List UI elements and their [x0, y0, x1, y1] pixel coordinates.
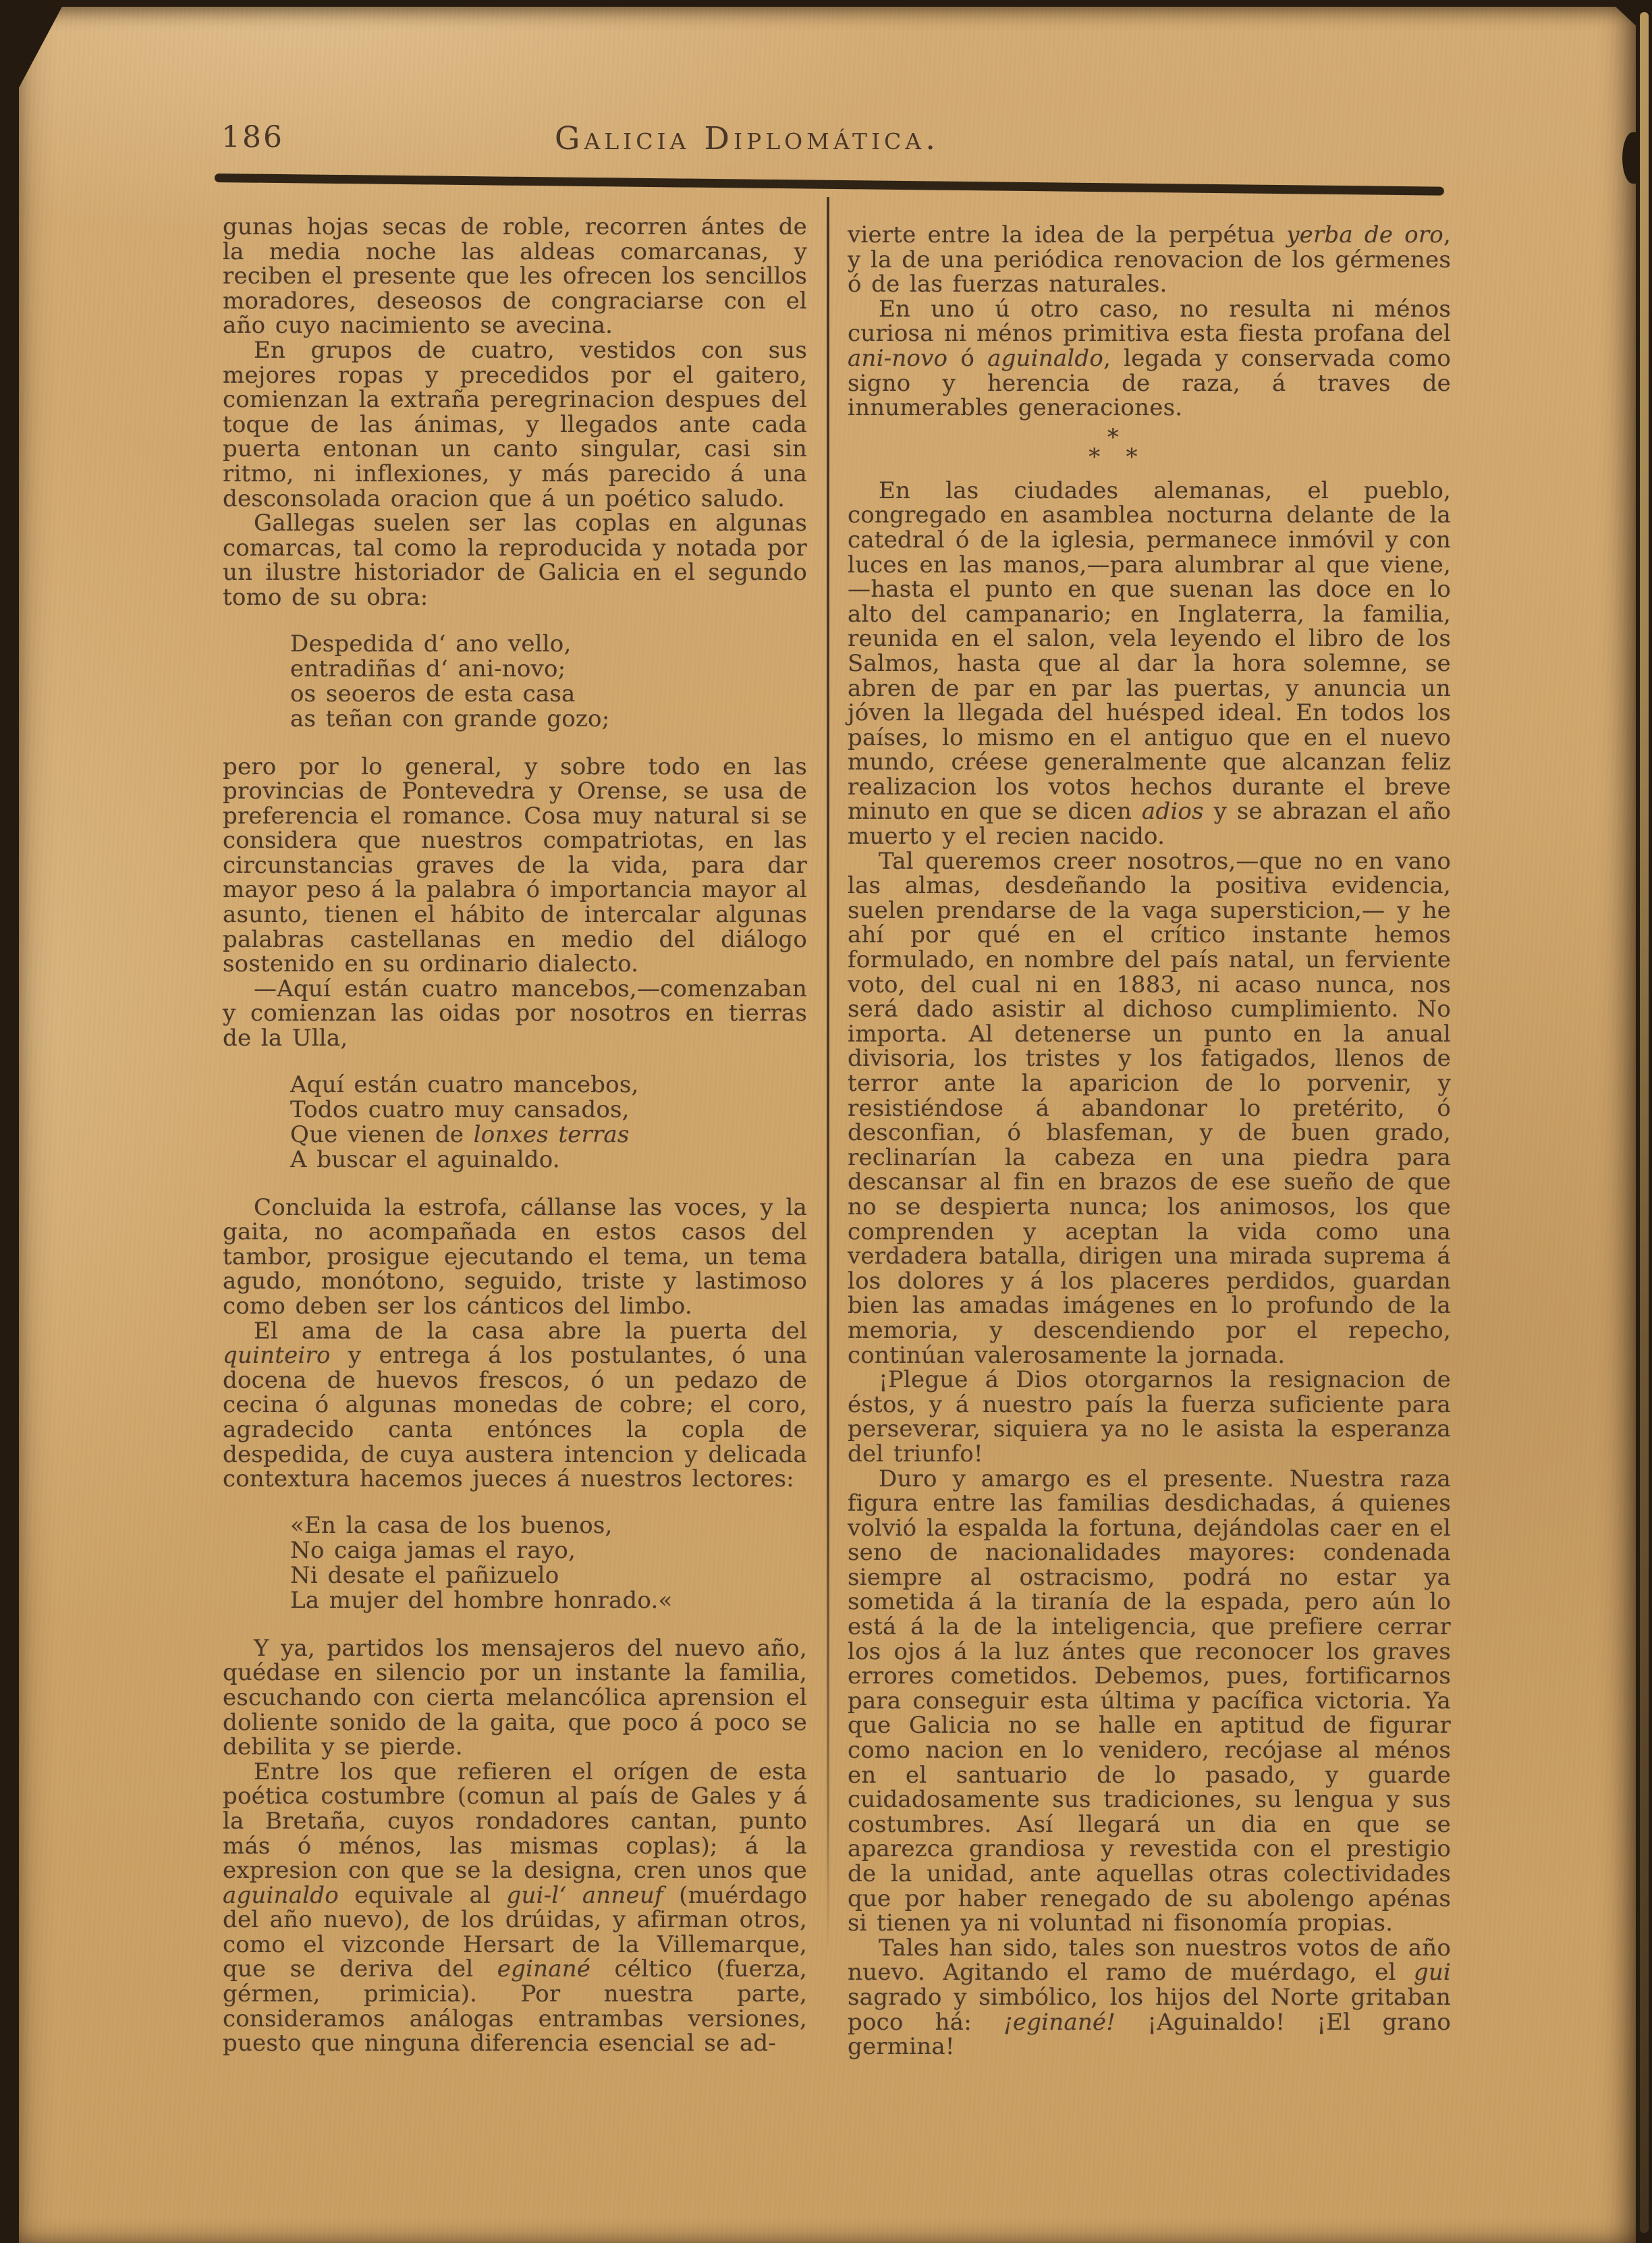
verse-line: No caiga jamas el rayo,	[290, 1538, 807, 1563]
verse-stanza: Despedida d‘ ano vello,entradiñas d‘ ani…	[290, 632, 807, 732]
scanned-page-background: 186 Galicia Diplomática. gunas hojas sec…	[0, 0, 1652, 2243]
column-divider	[827, 197, 829, 1952]
left-column: gunas hojas secas de roble, recorren ánt…	[223, 215, 807, 2056]
page-number: 186	[221, 120, 284, 155]
paragraph: ¡Plegue á Dios otorgarnos la resignacion…	[848, 1368, 1451, 1466]
verse-line: Todos cuatro muy cansados,	[290, 1098, 807, 1123]
page: 186 Galicia Diplomática. gunas hojas sec…	[19, 7, 1636, 2243]
paragraph: En grupos de cuatro, vestidos con sus me…	[223, 338, 807, 511]
paragraph: El ama de la casa abre la puerta del qui…	[223, 1319, 807, 1492]
paragraph: gunas hojas secas de roble, recorren ánt…	[223, 215, 807, 338]
verse-line: Aquí están cuatro mancebos,	[290, 1073, 807, 1098]
asterism-divider: ** *	[872, 427, 1354, 466]
verse-line: as teñan con grande gozo;	[290, 707, 807, 732]
verse-stanza: Aquí están cuatro mancebos,Todos cuatro …	[290, 1073, 807, 1172]
journal-title: Galicia Diplomática.	[511, 120, 983, 157]
verse-line: entradiñas d‘ ani-novo;	[290, 657, 807, 682]
verse-line: os seoeros de esta casa	[290, 682, 807, 707]
paragraph: Entre los que refieren el orígen de esta…	[223, 1760, 807, 2056]
paragraph: Tal queremos creer nosotros,—que no en v…	[848, 849, 1451, 1368]
verse-line: Ni desate el pañizuelo	[290, 1563, 807, 1588]
right-column: vierte entre la idea de la perpétua yerb…	[848, 223, 1451, 2059]
paragraph: Gallegas suelen ser las coplas en alguna…	[223, 511, 807, 610]
paragraph: Duro y amargo es el presente. Nuestra ra…	[848, 1467, 1451, 1936]
header-rule	[215, 173, 1444, 196]
verse-line: Que vienen de lonxes terras	[290, 1123, 807, 1147]
paragraph: —Aquí están cuatro mancebos,—comenzaban …	[223, 977, 807, 1051]
verse-line: A buscar el aguinaldo.	[290, 1147, 807, 1172]
paragraph: Y ya, partidos los mensajeros del nuevo …	[223, 1636, 807, 1760]
verse-line: La mujer del hombre honrado.«	[290, 1588, 807, 1613]
paragraph: Tales han sido, tales son nuestros votos…	[848, 1936, 1451, 2059]
paragraph: En las ciudades alemanas, el pueblo, con…	[848, 479, 1451, 849]
verse-line: Despedida d‘ ano vello,	[290, 632, 807, 657]
verse-line: «En la casa de los buenos,	[290, 1513, 807, 1538]
paragraph: pero por lo general, y sobre todo en las…	[223, 755, 807, 977]
paragraph: Concluida la estrofa, cállanse las voces…	[223, 1195, 807, 1319]
verse-stanza: «En la casa de los buenos,No caiga jamas…	[290, 1513, 807, 1613]
paragraph: En uno ú otro caso, no resulta ni ménos …	[848, 297, 1451, 421]
adjacent-page-edge	[1640, 12, 1649, 2233]
asterisk-pair-icon: * *	[872, 448, 1354, 466]
paragraph: vierte entre la idea de la perpétua yerb…	[848, 223, 1451, 297]
